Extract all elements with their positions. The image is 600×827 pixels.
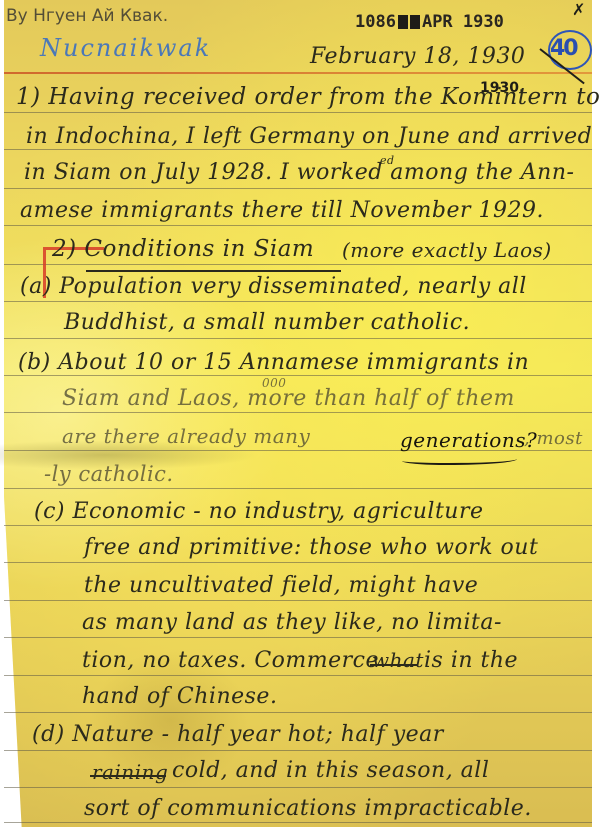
text-line: , most (524, 428, 583, 449)
text-line: in Indochina, I left Germany on June and… (26, 124, 592, 149)
archive-stamp: 1086 APR 1930 (355, 12, 504, 32)
text-line: in Siam on July 1928. I worked among the… (24, 160, 574, 185)
text-line: (c) Economic - no industry, agriculture (34, 499, 484, 524)
text-line: as many land as they like, no limita- (82, 610, 502, 635)
stamp-date: APR 1930 (422, 12, 504, 32)
section-heading: 2) Conditions in Siam (52, 236, 314, 262)
corner-scribble: ✗ (572, 0, 585, 19)
text-line: (b) About 10 or 15 Annamese immigrants i… (18, 350, 529, 375)
text-line: Buddhist, a small number catholic. (64, 310, 470, 335)
text-line: Siam and Laos, more than half of them (62, 386, 515, 411)
text-line: -ly catholic. (44, 462, 174, 486)
strike-through (90, 775, 166, 777)
strike-through (370, 664, 418, 666)
author-line: By Нгуен Ай Квак. (6, 6, 168, 26)
superscript-note: ed (380, 154, 395, 167)
heading-underline (86, 270, 341, 272)
text-line: (more exactly Laos) (342, 238, 552, 262)
text-line: is in the (424, 648, 518, 673)
blue-signature: Nucnaikwak (40, 34, 211, 62)
text-line: (a) Population very disseminated, nearly… (20, 274, 527, 299)
stamp-block (410, 15, 420, 29)
header-red-rule (4, 72, 592, 74)
text-line: are there already many (62, 424, 310, 448)
letter-date: February 18, 1930 (310, 44, 525, 69)
blue-annotation-number: 40 (550, 36, 577, 61)
text-line: the uncultivated field, might have (84, 573, 478, 598)
inserted-word: generations? (400, 428, 537, 452)
struck-word: what (372, 648, 424, 672)
struck-word: raining (92, 760, 168, 784)
text-line: (d) Nature - half year hot; half year (32, 722, 444, 747)
text-line: free and primitive: those who work out (84, 535, 538, 560)
stamp-number: 1086 (355, 12, 396, 32)
text-line: hand of Chinese. (82, 684, 277, 709)
text-line: cold, and in this season, all (172, 758, 489, 783)
text-line: amese immigrants there till November 192… (20, 198, 544, 223)
text-line: sort of communications impracticable. (84, 796, 532, 821)
text-line: 1) Having received order from the Komint… (16, 84, 600, 110)
stamp-block (398, 15, 408, 29)
text-line: tion, no taxes. Commerce (82, 648, 379, 673)
